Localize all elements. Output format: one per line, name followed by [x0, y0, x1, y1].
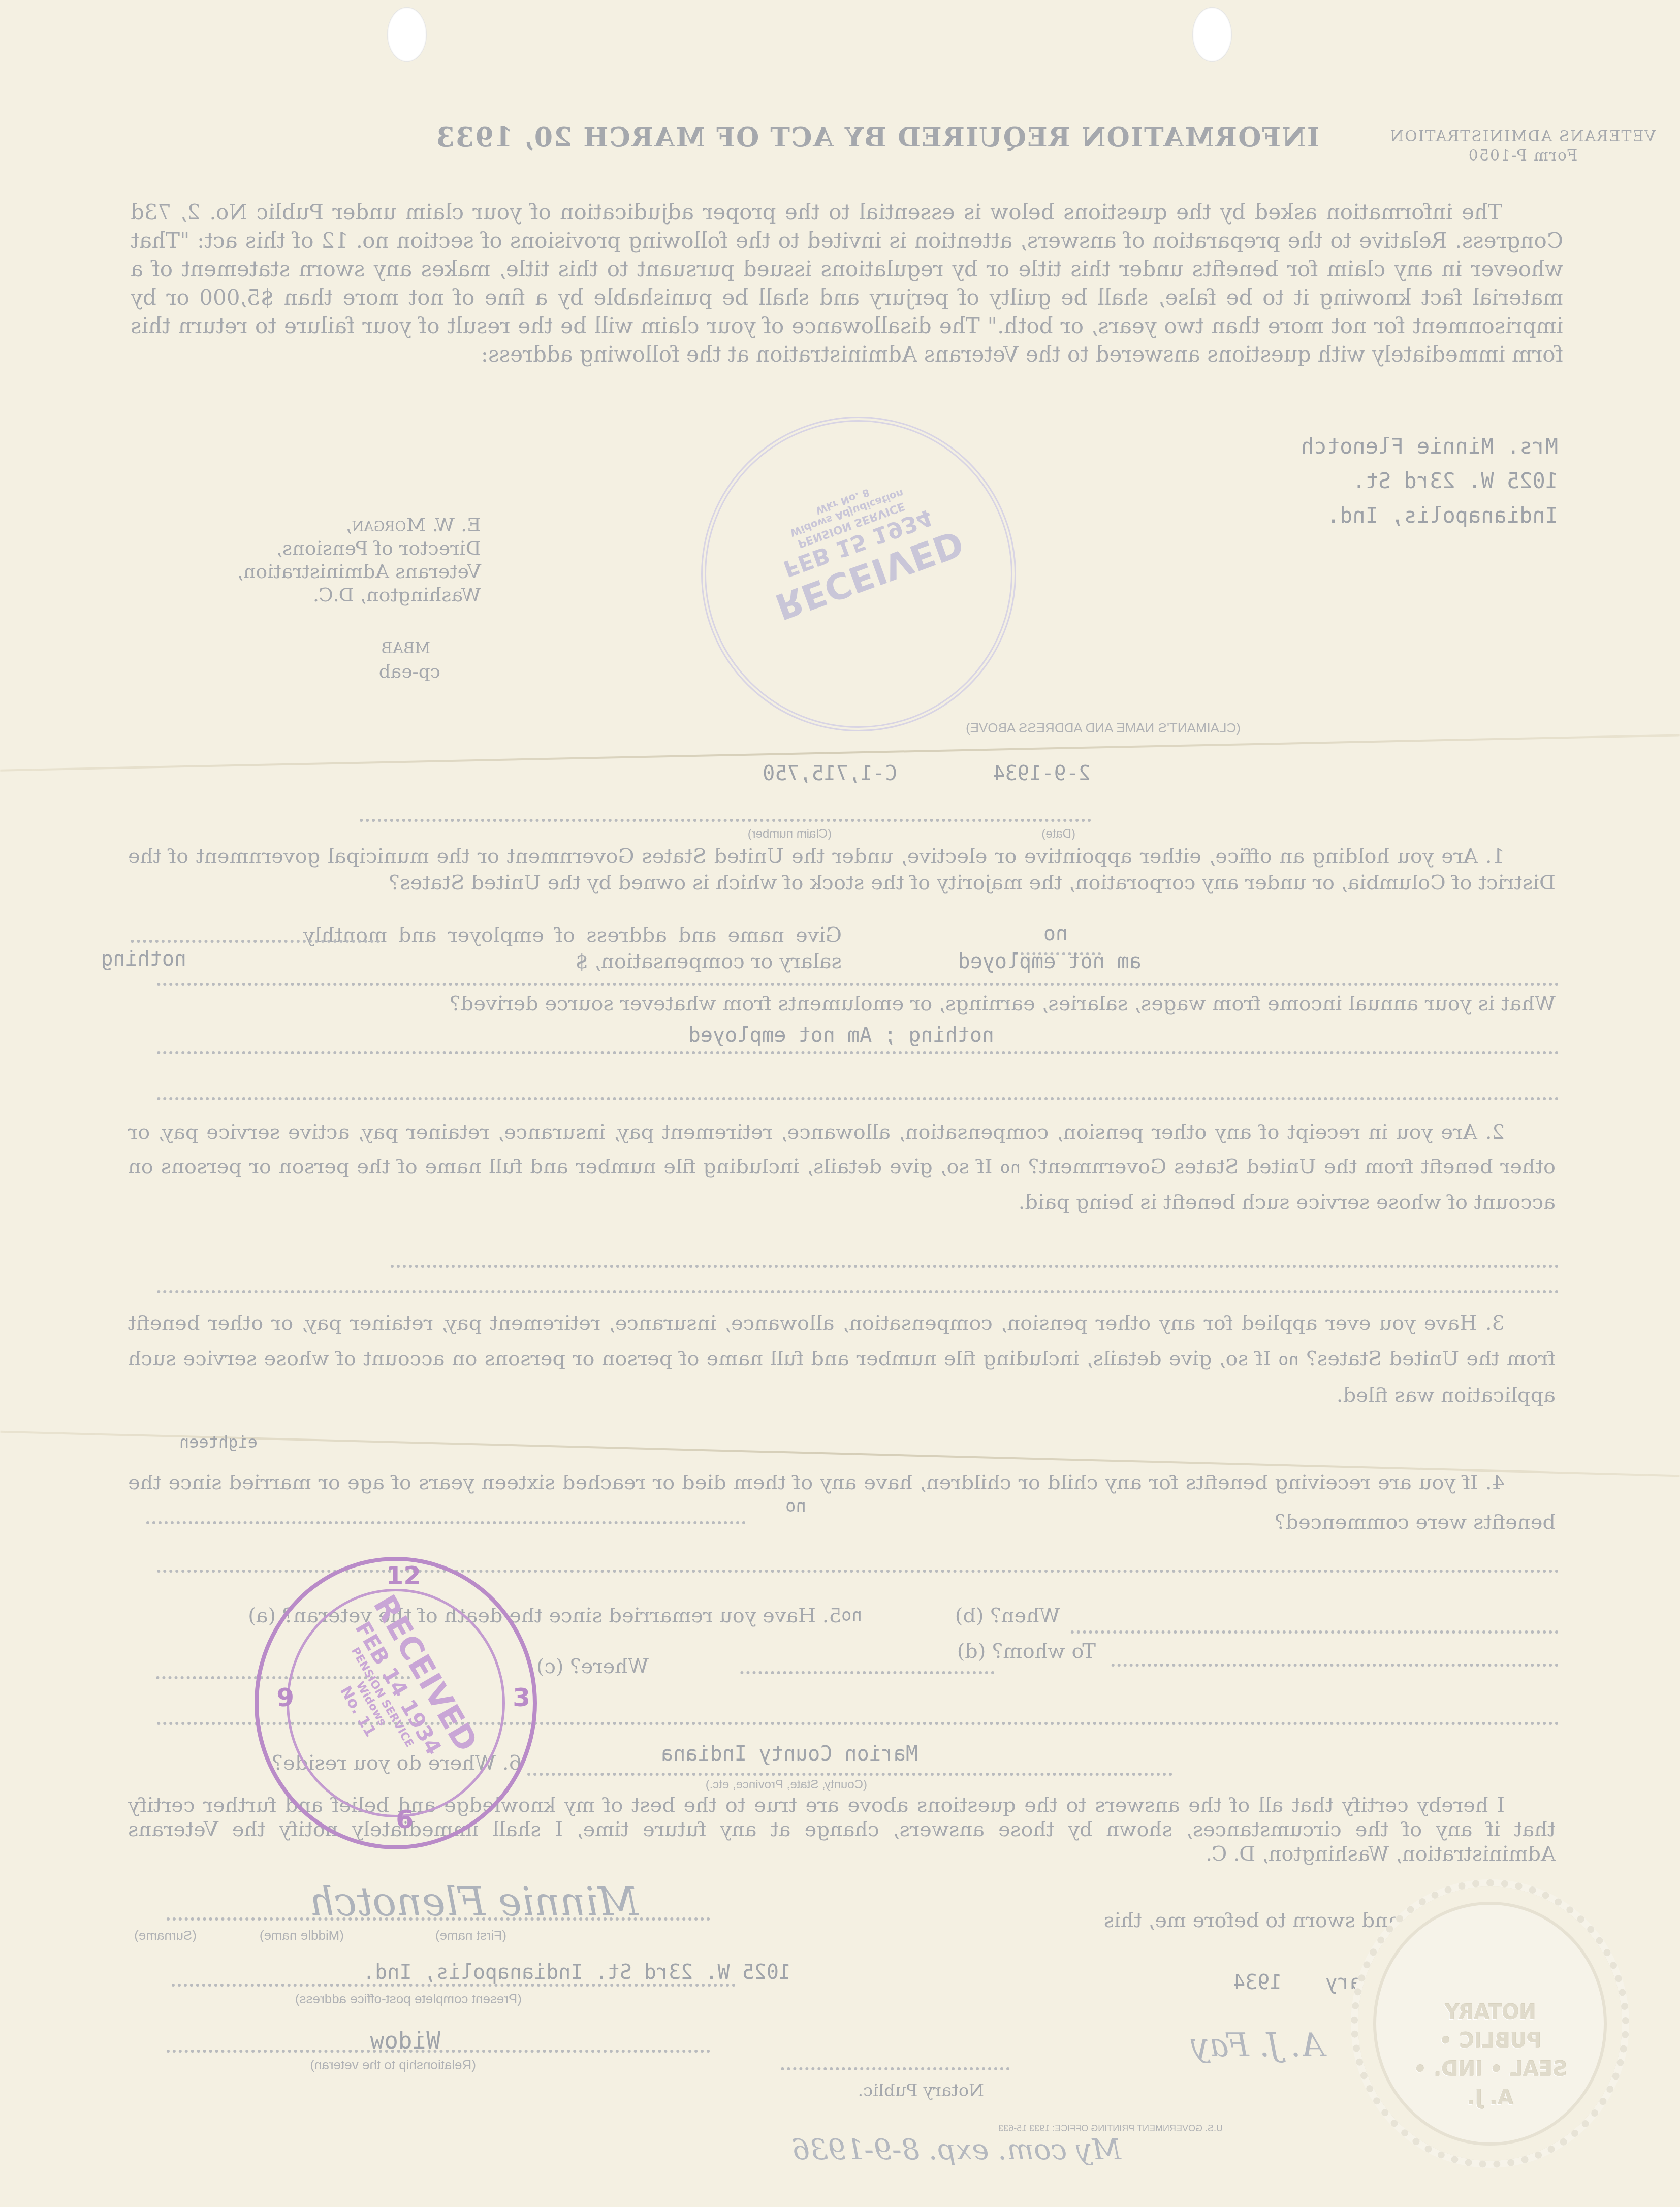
address-caption: (Present complete post-office address): [295, 1991, 522, 2007]
stamp-2-clock-6: 6: [396, 1805, 414, 1834]
director-org: Veterans Administration,: [217, 560, 481, 583]
notary-signature: A. J. Fay: [1191, 2027, 1324, 2064]
claim-date: 2-9-1934: [993, 762, 1091, 785]
relationship-rule: [166, 2050, 710, 2053]
relationship-caption: (Relationship to the veteran): [310, 2057, 476, 2073]
claimant-address-line: 1025 W. 23rd St. Indianapolis, Ind.: [363, 1961, 791, 1984]
claimant-name: Mrs. Minnie Flenotch: [1301, 429, 1558, 464]
q6-rule: [527, 1773, 1172, 1776]
intro-paragraph: The information asked by the questions b…: [131, 198, 1563, 369]
seal-text: NOTARY PUBLIC • SEAL • IND. • A. J.: [1409, 1998, 1571, 2112]
expiry-note: My com. exp. 8-9-1936: [792, 2133, 1121, 2166]
punch-hole-left: [387, 7, 427, 62]
q5-when: When? (b): [955, 1603, 1060, 1629]
q1-income-question: What is your annual income from wages, s…: [128, 990, 1556, 1017]
q5-to-whom: To whom? (d): [957, 1638, 1096, 1665]
claimant-caption: (CLAIMANT'S NAME AND ADDRESS ABOVE): [966, 720, 1241, 736]
q5-to-whom-rule: [1111, 1664, 1558, 1667]
received-stamp-faint: RECEIVED FEB 15 1934 PENSION SERVICE Wid…: [701, 417, 1016, 731]
date-caption: (Date): [1041, 827, 1075, 841]
director-name: E. W. Morgan,: [217, 513, 481, 536]
form-title: INFORMATION REQUIRED BY ACT OF MARCH 20,…: [227, 122, 1528, 153]
q6-answer: Marion County Indiana: [661, 1742, 918, 1766]
claim-line: 2-9-1934 C-1,715,750: [763, 762, 1091, 785]
q1-followup-answer-2: am not employed: [958, 950, 1142, 973]
notary-year: 1934: [1233, 1971, 1282, 1994]
q5-where-rule: [740, 1671, 994, 1674]
claim-line-rule: [359, 819, 1091, 822]
question-2: 2. Are you in receipt of any other pensi…: [128, 1115, 1556, 1220]
question-4: 4. If you are receiving benefits for any…: [128, 1463, 1556, 1542]
director-title: Director of Pensions,: [217, 536, 481, 560]
claimant-address: Mrs. Minnie Flenotch 1025 W. 23rd St. In…: [1301, 429, 1558, 533]
q1-income-answer: nothing ; Am not employed: [688, 1023, 994, 1047]
punch-hole-right: [1192, 7, 1232, 62]
q6-caption: (County, State, Province, etc.): [706, 1778, 867, 1792]
q1-followup: Give name and address of employer and mo…: [303, 922, 842, 975]
notary-seal: NOTARY PUBLIC • SEAL • IND. • A. J.: [1351, 1879, 1629, 2168]
question-3: 3. Have you ever applied for any other p…: [128, 1305, 1556, 1413]
claimant-street: 1025 W. 23rd St.: [1301, 464, 1558, 498]
director-city: Washington, D.C.: [217, 583, 481, 606]
q1-income-rule-2: [156, 1097, 1558, 1100]
director-initials-1: MBAB: [217, 637, 430, 660]
document-sheet: VETERANS ADMINISTRATION Form P-1050 INFO…: [0, 0, 1680, 2207]
q1-employer-rule-2: [156, 983, 1558, 986]
q1-answer: no: [1043, 922, 1068, 945]
caption-middle-name: (Middle name): [260, 1928, 344, 1943]
address-rule: [171, 1984, 735, 1987]
q5-where: Where? (c): [536, 1653, 649, 1680]
q2-rule-2: [156, 1290, 1558, 1293]
q4-insert: eighteen: [179, 1432, 258, 1452]
question-1: 1. Are you holding an office, either app…: [128, 843, 1556, 896]
q5-when-rule: [1070, 1630, 1558, 1634]
q5-answer: no: [841, 1605, 862, 1625]
q1-employer-rule: [131, 940, 379, 943]
notary-caption: Notary Public.: [858, 2077, 984, 2104]
q3-answer: no: [1278, 1350, 1299, 1370]
q4-answer: no: [785, 1496, 806, 1516]
stamp-2-clock-3: 3: [513, 1683, 530, 1712]
notary-signature-rule: [781, 2067, 1009, 2070]
director-block: E. W. Morgan, Director of Pensions, Vete…: [217, 513, 481, 684]
claim-number-caption: (Claim number): [748, 827, 832, 841]
claimant-city: Indianapolis, Ind.: [1301, 498, 1558, 533]
q2-rule-1: [390, 1265, 1558, 1268]
stamp-2-clock-9: 9: [276, 1683, 294, 1712]
print-note: U.S. GOVERNMENT PRINTING OFFICE: 1933 15…: [998, 2123, 1223, 2134]
claim-number: C-1,715,750: [763, 762, 897, 785]
q1-followup-answer-1: nothing: [101, 947, 186, 971]
stamp-2-clock-12: 12: [386, 1561, 421, 1590]
signature-rule: [166, 1917, 710, 1921]
received-stamp-purple: 12 3 6 9 RECEIVED FEB 14 1934 PENSION SE…: [255, 1557, 537, 1849]
q1-income-rule: [156, 1051, 1558, 1054]
q2-answer: no: [1000, 1158, 1021, 1178]
director-initials-2: cp-eab: [217, 660, 440, 684]
caption-surname: (Surname): [134, 1928, 197, 1943]
caption-first-name: (First name): [435, 1928, 506, 1943]
q4-rule-1: [146, 1521, 745, 1524]
